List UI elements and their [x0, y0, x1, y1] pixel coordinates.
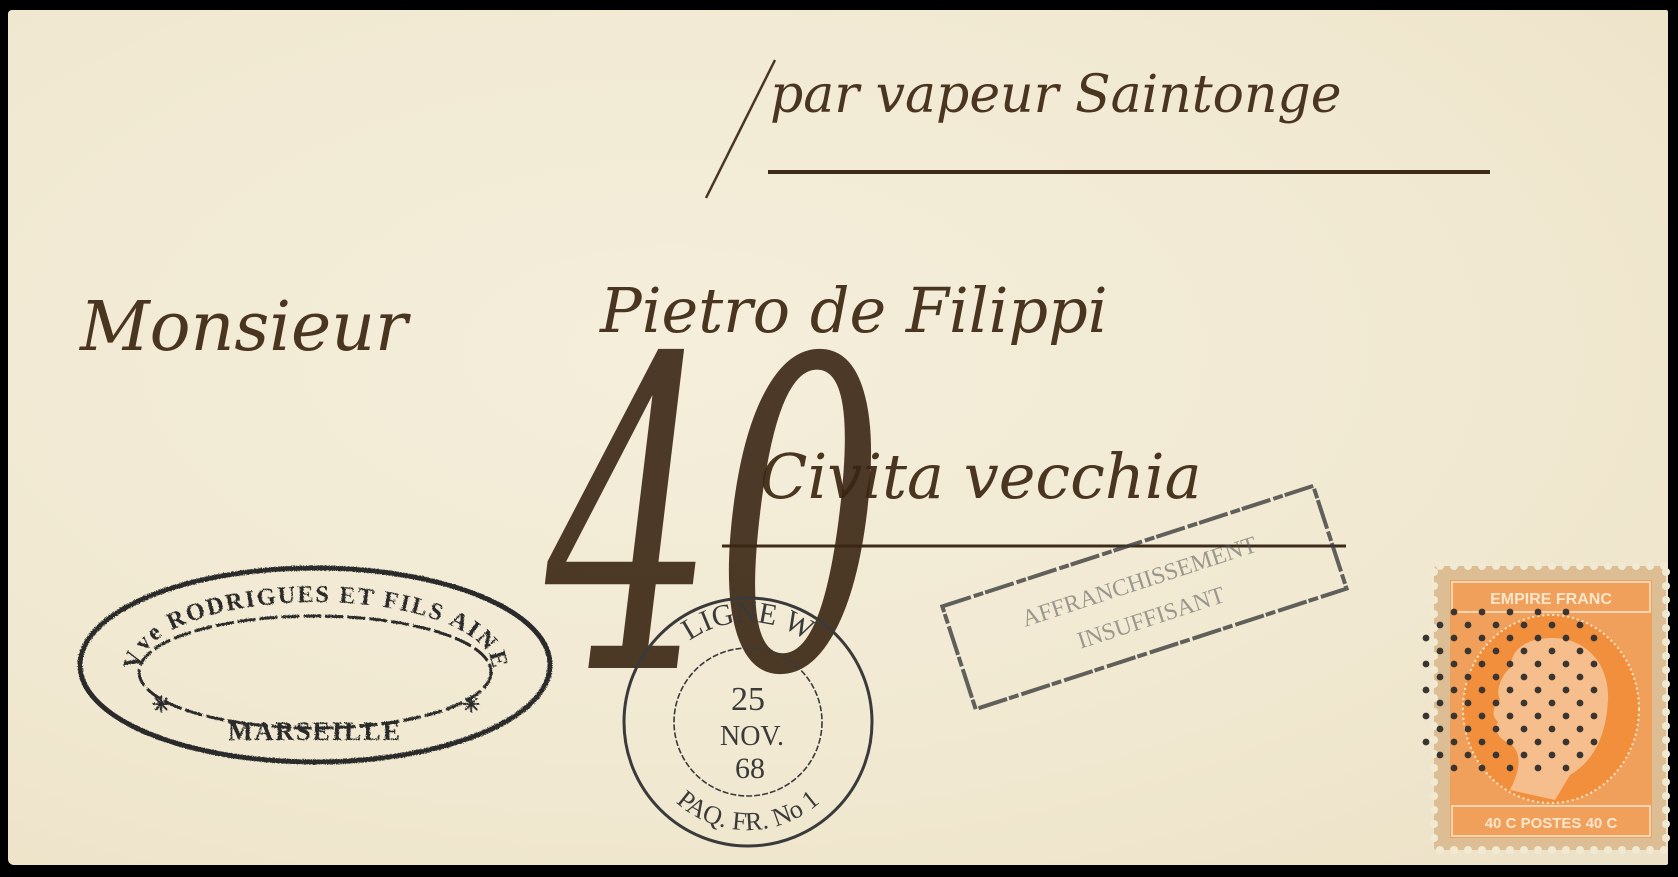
stamp-top-text: EMPIRE FRANC: [1490, 591, 1612, 608]
svg-text:Vve RODRIGUES ET FILS AINE: Vve RODRIGUES ET FILS AINE: [119, 582, 513, 672]
tax-marking-text: 40: [541, 270, 884, 770]
sender-cachet: Vve RODRIGUES ET FILS AINE MARSEILLE ✳ ✳: [80, 568, 550, 762]
postage-stamp: /* perforations drawn below by script */…: [1423, 562, 1670, 854]
datestamp-year: 68: [735, 752, 765, 785]
datestamp-month: NOV.: [720, 721, 784, 752]
tax-marking: 40: [541, 270, 884, 770]
routing-text: par vapeur Saintonge: [770, 65, 1342, 125]
svg-text:✳: ✳: [462, 692, 482, 717]
boxed-cachet: AFFRANCHISSEMENT INSUFFISANT: [942, 486, 1346, 709]
datestamp-bottom: PAQ. FR. No 1: [672, 784, 825, 836]
datestamp-day: 25: [731, 681, 765, 718]
svg-text:✳: ✳: [152, 692, 172, 717]
stamp-bottom-text: 40 C POSTES 40 C: [1485, 815, 1618, 832]
routing-instruction: par vapeur Saintonge: [706, 60, 1490, 198]
cover-markings: par vapeur Saintonge Monsieur Pietro de …: [0, 0, 1678, 877]
address-salutation: Monsieur: [78, 288, 411, 367]
sender-cachet-top: Vve RODRIGUES ET FILS AINE: [119, 582, 513, 672]
svg-text:PAQ. FR. No 1: PAQ. FR. No 1: [672, 784, 825, 836]
sender-cachet-bottom: MARSEILLE: [228, 717, 402, 746]
routing-flourish: [706, 60, 775, 198]
